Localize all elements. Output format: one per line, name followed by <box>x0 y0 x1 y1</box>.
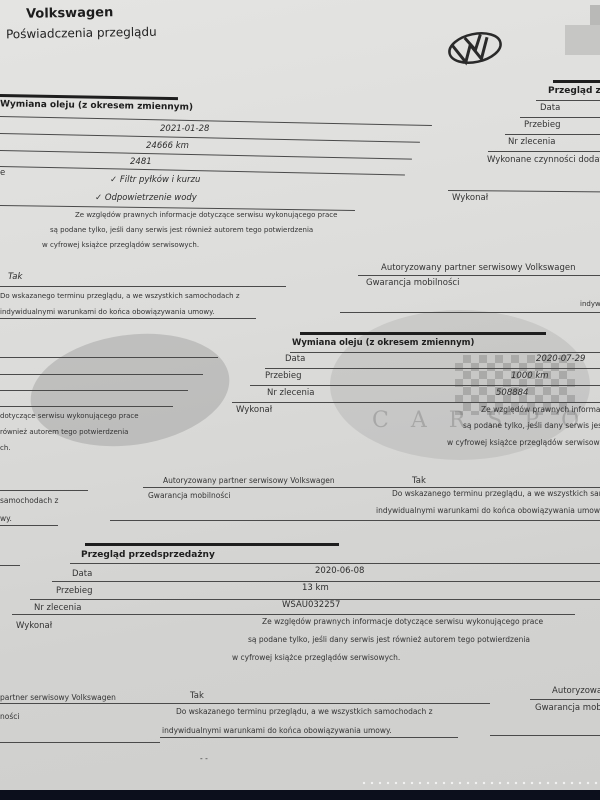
page-edge <box>565 25 600 55</box>
predelivery-mileage-value: 13 km <box>302 583 329 593</box>
predelivery-order-label: Nr zlecenia <box>34 603 81 613</box>
mobility-note-line: indywidualnymi warunkami do końca obowią… <box>376 506 600 515</box>
brand-name: Volkswagen <box>26 5 114 22</box>
field-line <box>0 742 160 743</box>
oil-top-date-value: 2021-01-28 <box>160 124 209 134</box>
oil-middle-date-value: 2020-07-29 <box>536 354 585 364</box>
field-line <box>143 487 600 488</box>
inspection-right-title: Przegląd z wymianą oleju <box>548 86 600 96</box>
mobility-value: Tak <box>412 476 426 486</box>
mileage-label: Przebieg <box>524 120 561 130</box>
oil-change-top-title: Wymiana oleju (z okresem zmiennym) <box>0 99 193 112</box>
oil-middle-mileage-value: 1000 km <box>511 371 549 381</box>
field-line <box>488 151 600 152</box>
field-line <box>110 520 600 521</box>
legal-note-fragment: ch. <box>0 444 11 452</box>
performed-by-label: Wykonał <box>452 193 488 203</box>
field-line <box>0 565 20 566</box>
section-divider <box>85 543 339 546</box>
predelivery-performed-by-label: Wykonał <box>16 621 52 631</box>
field-line <box>0 703 490 704</box>
oil-middle-order-label: Nr zlecenia <box>267 388 314 398</box>
field-line <box>232 402 600 403</box>
additional-tasks-label: Wykonane czynności dodatkowe <box>487 155 600 165</box>
field-line <box>340 312 600 313</box>
legal-note-line: Ze względów prawnych informacje dotycząc… <box>481 405 600 414</box>
field-line <box>0 490 88 491</box>
section-divider <box>553 80 600 83</box>
oil-middle-performed-by-label: Wykonał <box>236 405 272 415</box>
field-line <box>0 357 218 358</box>
service-booklet-photo: CARSPOT Volkswagen Poświadczenia przeglą… <box>0 0 600 790</box>
field-line <box>0 318 256 319</box>
predelivery-mileage-label: Przebieg <box>56 586 93 596</box>
field-line <box>0 166 405 175</box>
field-line <box>0 525 58 526</box>
field-line <box>0 286 286 287</box>
field-line <box>520 117 600 118</box>
date-label: Data <box>540 103 560 113</box>
predelivery-order-value: WSAU032257 <box>282 600 340 610</box>
mobility-label: Gwarancja mobilności <box>366 278 459 288</box>
mobility-label: Gwarancja mobilności <box>148 491 230 500</box>
oil-top-order-value: 2481 <box>130 157 152 167</box>
field-line <box>490 735 600 736</box>
task-item: ✓ Odpowietrzenie wody <box>95 193 197 203</box>
oil-middle-order-value: 508884 <box>496 388 528 398</box>
field-line <box>0 390 188 391</box>
mobility-note-line: indywidualnymi warunkami do końca obowią… <box>0 308 214 316</box>
field-line <box>358 275 600 276</box>
legal-note-line: są podane tylko, jeśli dany serwis jest … <box>248 635 530 644</box>
additional-tasks-label-fragment: e <box>0 168 5 178</box>
legal-note-line: w cyfrowej książce przeglądów serwisowyc… <box>232 653 400 662</box>
mobility-label-fragment: ności <box>0 712 19 721</box>
mobility-note-line: Do wskazanego terminu przeglądu, a we ws… <box>392 489 600 498</box>
mobility-note-line: indywidualnymi warunkami do końca obowią… <box>162 726 392 735</box>
field-line <box>250 385 600 386</box>
task-item: ✓ Filtr pyłków i kurzu <box>110 175 200 185</box>
dash-mark: - - <box>200 754 208 763</box>
page-edge <box>590 5 600 25</box>
field-line <box>52 581 600 582</box>
mobility-note-fragment: indyw <box>580 300 600 308</box>
oil-middle-date-label: Data <box>285 354 305 364</box>
field-line <box>0 116 432 126</box>
checkmark-icon: ✓ <box>110 175 120 185</box>
field-line <box>0 150 412 160</box>
order-number-label: Nr zlecenia <box>508 137 555 147</box>
mobility-note-fragment: samochodach z <box>0 496 58 505</box>
mobility-note-line: Do wskazanego terminu przeglądu, a we ws… <box>176 707 433 716</box>
legal-note-line: są podane tylko, jeśli dany serwis jest … <box>50 226 313 234</box>
oil-middle-mileage-label: Przebieg <box>265 371 302 381</box>
field-line <box>12 614 575 615</box>
partner-label: Autoryzowany partner serwisowy Volkswage… <box>381 263 575 273</box>
field-line <box>448 190 600 192</box>
predelivery-date-value: 2020-06-08 <box>315 566 364 576</box>
mobility-label-fragment: Gwarancja mobi <box>535 703 600 713</box>
legal-note-line: Ze względów prawnych informacje dotycząc… <box>75 211 337 219</box>
legal-note-line: są podane tylko, jeśli dany serwis jest … <box>463 421 600 430</box>
task-label: Odpowietrzenie wody <box>105 193 197 203</box>
field-line <box>290 352 600 353</box>
mobility-note-fragment: wy. <box>0 514 12 523</box>
oil-top-mileage-value: 24666 km <box>146 141 189 151</box>
scan-dots <box>360 781 600 785</box>
checkmark-icon: ✓ <box>95 193 105 203</box>
field-line <box>505 134 600 135</box>
legal-note-line: w cyfrowej książce przeglądów serwisowyc… <box>42 241 199 249</box>
predelivery-title: Przegląd przedsprzedażny <box>81 550 215 560</box>
partner-label: Autoryzowany partner serwisowy Volkswage… <box>163 476 335 485</box>
mobility-value: Tak <box>190 691 204 701</box>
legal-note-fragment: również autorem tego potwierdzenia <box>0 428 128 436</box>
bottom-bar <box>0 790 600 800</box>
field-line <box>530 699 600 700</box>
field-line <box>70 563 600 564</box>
field-line <box>0 133 420 143</box>
oil-change-middle-title: Wymiana oleju (z okresem zmiennym) <box>292 338 474 348</box>
mobility-note-line: Do wskazanego terminu przeglądu, a we ws… <box>0 292 240 300</box>
partner-label-fragment: partner serwisowy Volkswagen <box>0 693 116 702</box>
legal-note-fragment: dotyczące serwisu wykonującego prace <box>0 412 139 420</box>
legal-note-line: w cyfrowej książce przeglądów serwisowyc… <box>447 438 600 447</box>
partner-label-fragment: Autoryzowany <box>552 686 600 696</box>
task-label: Filtr pyłków i kurzu <box>120 175 201 185</box>
section-divider <box>300 332 546 335</box>
booklet-title: Poświadczenia przeglądu <box>6 25 157 42</box>
predelivery-date-label: Data <box>72 569 92 579</box>
legal-note-line: Ze względów prawnych informacje dotycząc… <box>262 617 543 626</box>
field-line <box>265 368 600 369</box>
field-line <box>536 100 600 101</box>
field-line <box>160 737 458 738</box>
volkswagen-logo-icon <box>441 22 508 74</box>
field-line <box>0 406 173 407</box>
field-line <box>0 374 203 375</box>
mobility-value: Tak <box>8 272 22 282</box>
